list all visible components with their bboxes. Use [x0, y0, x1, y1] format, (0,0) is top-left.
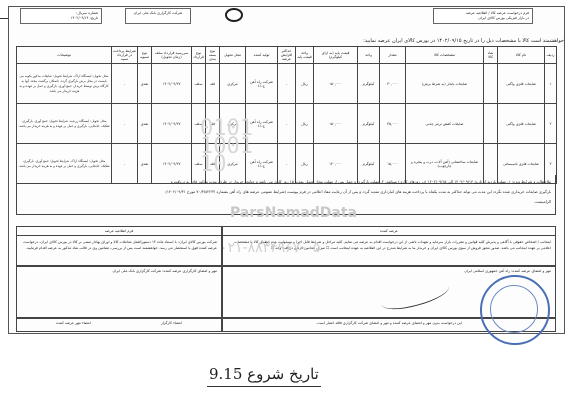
cell-package: فله [206, 64, 220, 104]
th-price-unit: واحد قیمت پایه [296, 47, 314, 64]
cell-max-inc: - [278, 104, 296, 144]
broker-panel-title: فرم اطلاعیه عرضه [17, 227, 221, 236]
company-name: شرکت کارگزاری بانک ملی ایران [134, 11, 183, 15]
cell-settle: نقدی [138, 104, 152, 144]
cell-producer: شرکت راه آهن ج.ا.ا [246, 64, 278, 104]
watermark-phone: ۰۲۱-۸۸۳۴۹۶۷۰-۵ [220, 240, 320, 256]
cell-index: ۲ [545, 104, 557, 144]
seller-footer-text: این درخواست بدون مهر و امضای عرضه کننده … [316, 321, 461, 325]
serial-label: شماره سریال: [76, 11, 98, 15]
cell-delivery: مرکزی [220, 64, 246, 104]
serial-date-box: شماره سریال: تاریخ: ۱۴۰۲/۰۹/۱۴ [20, 8, 102, 24]
cell-contract: سلف [192, 64, 206, 104]
th-contract: نوع قرارداد [192, 47, 206, 64]
th-desc: توضیحات [17, 47, 112, 64]
th-package: نوع بسته بندی [206, 47, 220, 64]
cell-desc: محل تحویل: ایستگاه زرندیه. شرایط تحویل: … [17, 104, 112, 144]
th-producer: تولید کننده [246, 47, 278, 64]
table-row: ۱ ضایعات فلزی واگنی ضایعات باندار (به شر… [17, 64, 557, 104]
th-due: سررسید قرارداد سلف (زمان تحویل) [152, 47, 192, 64]
company-box: شرکت کارگزاری بانک ملی ایران [125, 8, 191, 24]
table-row: ۲ ضایعات فلزی واگنی ضایعات کفش ترمز چدنی… [17, 104, 557, 144]
th-symbol: نماد کالا [484, 47, 498, 64]
cell-name: ضایعات فلزی واگنی [498, 104, 545, 144]
th-qty: مقدار [380, 47, 406, 64]
cell-price-unit: ریال [296, 104, 314, 144]
th-unit: واحد [358, 47, 380, 64]
cell-max-inc: - [278, 64, 296, 104]
cell-due: ۱۴۰۲/۰۹/۲۷ [152, 104, 192, 144]
broker-footer: امضاء کارگزار امضاء مهر عرضه کننده [16, 318, 222, 332]
watermark-digits: 0101100110 [200, 120, 253, 174]
cell-credit: - [112, 104, 138, 144]
cell-qty: ۳۰,۰۰۰ [380, 64, 406, 104]
cell-price: ۱۵۰,۰۰۰ [314, 64, 358, 104]
notes-line2: بارگیری ضایعات خریداری شده نگردد این مدت… [21, 187, 551, 197]
cell-due: ۱۴۰۲/۰۹/۲۷ [152, 64, 192, 104]
broker-sign-panel: مهر و امضای کارگزاری عرضه کننده: شرکت کا… [16, 266, 222, 318]
official-stamp-icon [480, 275, 550, 345]
date-value: ۱۴۰۲/۰۹/۱۴ [71, 16, 89, 20]
cell-spec: ضایعات کفش ترمز چدنی [406, 104, 484, 144]
th-delivery: محل تحویل [220, 47, 246, 64]
seller-panel-title: عرضه کننده [223, 227, 555, 236]
exchange-logo-icon [225, 8, 243, 22]
seller-sign-label: مهر و امضای عرضه کننده: راه آهن جمهوری ا… [227, 269, 551, 273]
date-label: تاریخ: [90, 16, 98, 20]
cell-credit: - [112, 64, 138, 104]
th-price: قیمت پایه (به ازای کیلوگرم) [314, 47, 358, 64]
notes-line1: ملاحظات و شرایط ویژه: ۱- مهلت بازدید از … [21, 177, 551, 187]
broker-panel-body: شرکت بورس کالای ایران: با استناد ماده ۱۴… [21, 239, 217, 251]
broker-footer-mid: امضاء کارگزار [161, 321, 182, 329]
broker-sign-label: مهر و امضای کارگزاری عرضه کننده: شرکت کا… [21, 269, 217, 273]
th-index: ردیف [545, 47, 557, 64]
th-spec: مشخصات کالا [406, 47, 484, 64]
cell-symbol [484, 104, 498, 144]
cell-symbol [484, 64, 498, 104]
goods-table: ردیف نام کالا نماد کالا مشخصات کالا مقدا… [16, 46, 557, 184]
watermark-brand: ParsNamadData [230, 205, 357, 221]
cell-settle: نقدی [138, 64, 152, 104]
th-credit: شرایط پرداخت در قرارداد نسیه [112, 47, 138, 64]
table-header-row: ردیف نام کالا نماد کالا مشخصات کالا مقدا… [17, 47, 557, 64]
cell-index: ۱ [545, 64, 557, 104]
cell-name: ضایعات فلزی واگنی [498, 64, 545, 104]
broker-panel: فرم اطلاعیه عرضه شرکت بورس کالای ایران: … [16, 226, 222, 266]
cell-price-unit: ریال [296, 64, 314, 104]
cell-desc: محل تحویل: ایستگاه اراک. شرایط تحویل: ضا… [17, 64, 112, 104]
start-date-label: تاریخ شروع 9.15 [207, 365, 321, 387]
cell-qty: ۳۵,۰۰۰ [380, 104, 406, 144]
cell-price: ۱۵۰,۰۰۰ [314, 104, 358, 144]
th-settle: نوع تسویه [138, 47, 152, 64]
th-max-inc: حداکثر افزایش عرضه [278, 47, 296, 64]
cell-spec: ضایعات باندار (به شرط برش) [406, 64, 484, 104]
th-name: نام کالا [498, 47, 545, 64]
cell-unit: کیلوگرم [358, 104, 380, 144]
broker-footer-left: امضاء مهر عرضه کننده [56, 321, 91, 329]
cell-unit: کیلوگرم [358, 64, 380, 104]
form-title-box: فرم درخواست عرضه کالا / اطلاعیه عرضه در … [433, 8, 533, 24]
intro-text: خواهشمند است کالا با مشخصات ذیل را در تا… [363, 38, 564, 44]
form-title-line2: در بازار فیزیکی بورس کالای ایران [437, 16, 529, 21]
